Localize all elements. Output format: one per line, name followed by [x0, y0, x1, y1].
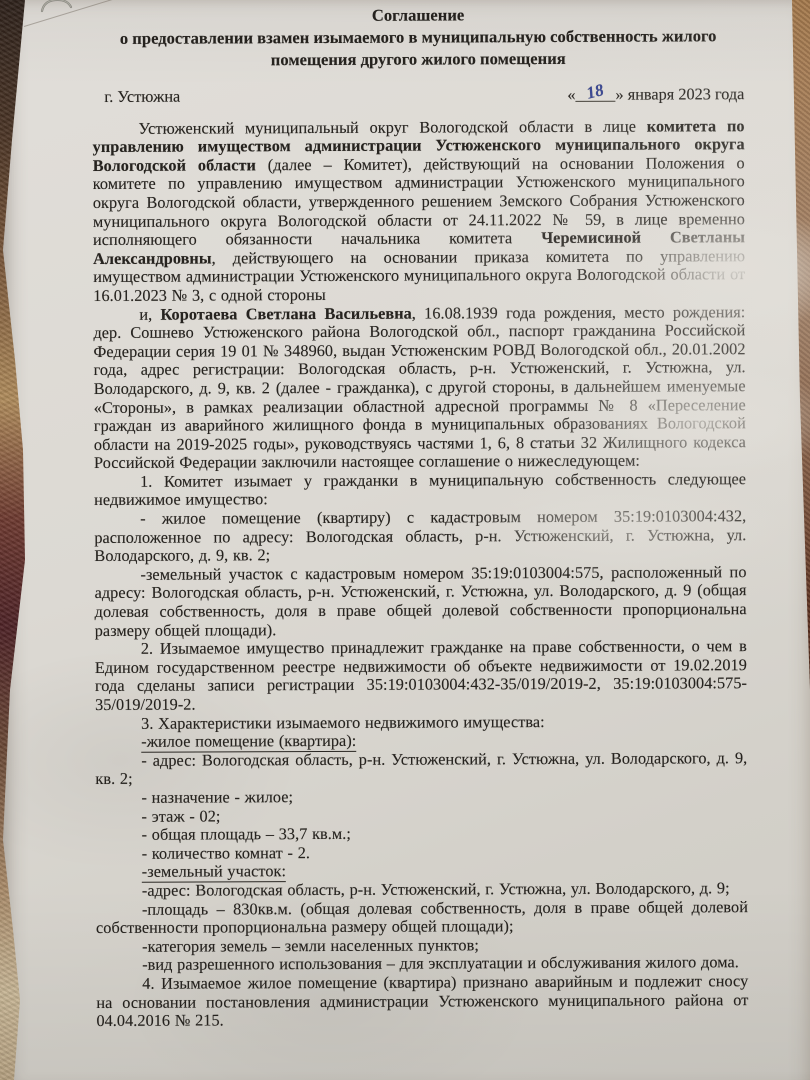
paragraph-6: 2. Изымаемое имущество принадлежит гражд… [95, 637, 747, 714]
title-line-1: Соглашение [118, 3, 718, 28]
photo-frame: Соглашение о предоставлении взамен изыма… [0, 0, 810, 1080]
paragraph-3: 1. Комитет изымает у гражданки в муницип… [94, 470, 746, 510]
paragraph-16: -площадь – 830кв.м. (общая долевая собст… [96, 898, 748, 938]
date-open-quote: « [567, 85, 575, 104]
staple-icon [40, 0, 74, 14]
paragraph-4: - жилое помещение (квартиру) с кадастров… [94, 507, 746, 566]
paper-sheet: Соглашение о предоставлении взамен изыма… [0, 0, 810, 1080]
document-body: Устюженский муниципальный округ Вологодс… [92, 117, 748, 1031]
paragraph-1: Устюженский муниципальный округ Вологодс… [92, 117, 745, 306]
paragraph-5: -земельный участок с кадастровым номером… [94, 563, 746, 640]
document-title: Соглашение о предоставлении взамен изыма… [118, 3, 718, 72]
date-suffix: » января 2023 года [615, 84, 744, 104]
place-text: г. Устюжна [104, 88, 180, 107]
handwritten-date: 18 [585, 84, 604, 100]
date-group: «18» января 2023 года [567, 85, 744, 104]
date-blank-underline: 18 [575, 89, 615, 102]
paragraph-19: 4. Изымаемое жилое помещение (квартира) … [96, 972, 748, 1031]
title-line-2: о предоставлении взамен изымаемого в мун… [118, 25, 718, 72]
place-date-line: г. Устюжна «18» января 2023 года [92, 85, 744, 106]
paragraph-9: - адрес: Вологодская область, р-н. Устюж… [95, 749, 747, 789]
agreement-document: Соглашение о предоставлении взамен изыма… [92, 3, 748, 1031]
paragraph-2: и, Коротаева Светлана Васильевна, 16.08.… [93, 303, 746, 473]
